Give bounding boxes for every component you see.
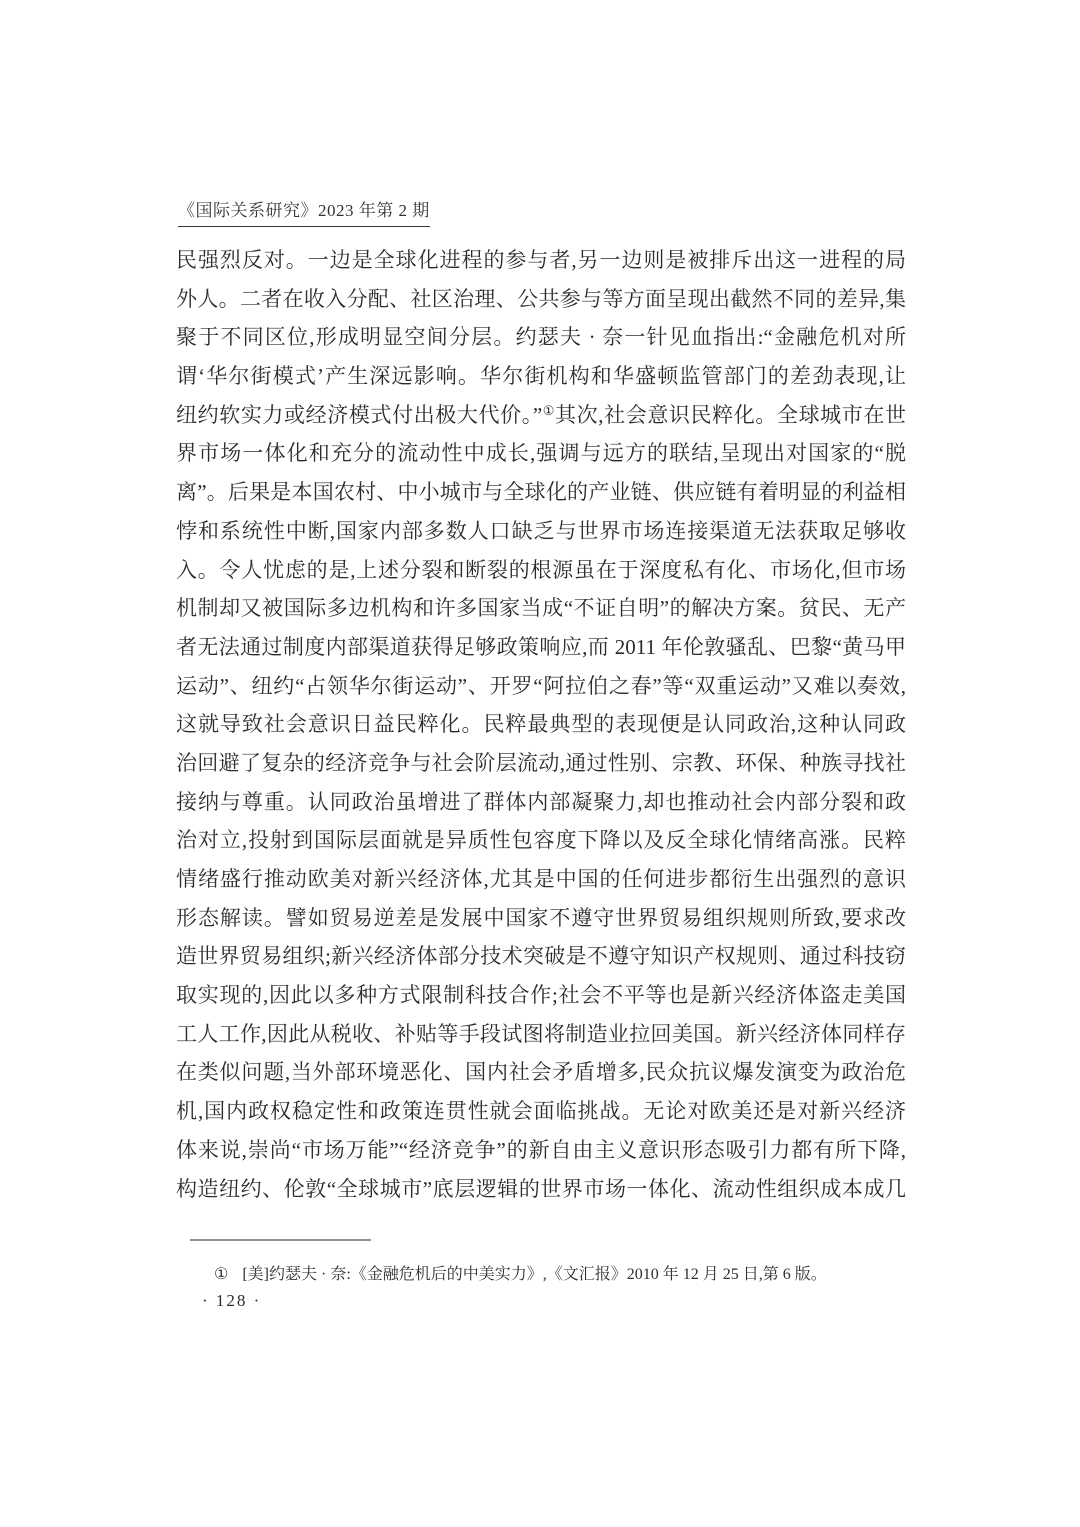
body-line: 接纳与尊重。认同政治虽增进了群体内部凝聚力,却也推动社会内部分裂和政: [176, 783, 906, 822]
body-line: 聚于不同区位,形成明显空间分层。约瑟夫 · 奈一针见血指出:“金融危机对所: [176, 318, 906, 357]
body-line: 入。令人忧虑的是,上述分裂和断裂的根源虽在于深度私有化、市场化,但市场: [176, 551, 906, 590]
body-line: 民强烈反对。一边是全球化进程的参与者,另一边则是被排斥出这一进程的局: [176, 241, 906, 280]
body-line: 体来说,崇尚“市场万能”“经济竞争”的新自由主义意识形态吸引力都有所下降,: [176, 1131, 906, 1170]
body-line: 离”。后果是本国农村、中小城市与全球化的产业链、供应链有着明显的利益相: [176, 473, 906, 512]
body-line: 机制却又被国际多边机构和许多国家当成“不证自明”的解决方案。贫民、无产: [176, 589, 906, 628]
body-line: 造世界贸易组织;新兴经济体部分技术突破是不遵守知识产权规则、通过科技窃: [176, 937, 906, 976]
body-line: 情绪盛行推动欧美对新兴经济体,尤其是中国的任何进步都衍生出强烈的意识: [176, 860, 906, 899]
body-line: 者无法通过制度内部渠道获得足够政策响应,而 2011 年伦敦骚乱、巴黎“黄马甲: [176, 628, 906, 667]
body-line: 悖和系统性中断,国家内部多数人口缺乏与世界市场连接渠道无法获取足够收: [176, 512, 906, 551]
footnote-marker: ①: [214, 1266, 228, 1283]
body-line: 形态解读。譬如贸易逆差是发展中国家不遵守世界贸易组织规则所致,要求改: [176, 899, 906, 938]
journal-title-issue: 《国际关系研究》2023 年第 2 期: [178, 196, 430, 227]
body-line: 界市场一体化和充分的流动性中成长,强调与远方的联结,呈现出对国家的“脱: [176, 434, 906, 473]
footnote-ref-1: ①: [542, 403, 555, 418]
body-line: 纽约软实力或经济模式付出极大代价。”①其次,社会意识民粹化。全球城市在世: [176, 396, 906, 435]
body-line: 治回避了复杂的经济竞争与社会阶层流动,通过性别、宗教、环保、种族寻找社会: [176, 744, 906, 783]
journal-header: 《国际关系研究》2023 年第 2 期: [178, 196, 430, 227]
footnote-separator: [190, 1239, 371, 1241]
footnote-text: [美]约瑟夫 · 奈:《金融危机后的中美实力》,《文汇报》2010 年 12 月…: [242, 1266, 826, 1283]
body-line: 这就导致社会意识日益民粹化。民粹最典型的表现便是认同政治,这种认同政: [176, 705, 906, 744]
body-line: 治对立,投射到国际层面就是异质性包容度下降以及反全球化情绪高涨。民粹: [176, 821, 906, 860]
body-text: 民强烈反对。一边是全球化进程的参与者,另一边则是被排斥出这一进程的局外人。二者在…: [176, 241, 906, 1208]
footnote: ①[美]约瑟夫 · 奈:《金融危机后的中美实力》,《文汇报》2010 年 12 …: [214, 1261, 914, 1284]
body-line: 工人工作,因此从税收、补贴等手段试图将制造业拉回美国。新兴经济体同样存: [176, 1015, 906, 1054]
body-line: 外人。二者在收入分配、社区治理、公共参与等方面呈现出截然不同的差异,集: [176, 280, 906, 319]
body-line: 构造纽约、伦敦“全球城市”底层逻辑的世界市场一体化、流动性组织成本成几何: [176, 1170, 906, 1209]
body-line: 机,国内政权稳定性和政策连贯性就会面临挑战。无论对欧美还是对新兴经济: [176, 1092, 906, 1131]
body-line: 在类似问题,当外部环境恶化、国内社会矛盾增多,民众抗议爆发演变为政治危: [176, 1053, 906, 1092]
body-line: 运动”、纽约“占领华尔街运动”、开罗“阿拉伯之春”等“双重运动”又难以奏效,: [176, 667, 906, 706]
body-line: 谓‘华尔街模式’产生深远影响。华尔街机构和华盛顿监管部门的差劲表现,让: [176, 357, 906, 396]
journal-page: 《国际关系研究》2023 年第 2 期 民强烈反对。一边是全球化进程的参与者,另…: [0, 0, 1080, 1527]
page-number: · 128 ·: [202, 1291, 261, 1311]
body-line: 取实现的,因此以多种方式限制科技合作;社会不平等也是新兴经济体盗走美国: [176, 976, 906, 1015]
